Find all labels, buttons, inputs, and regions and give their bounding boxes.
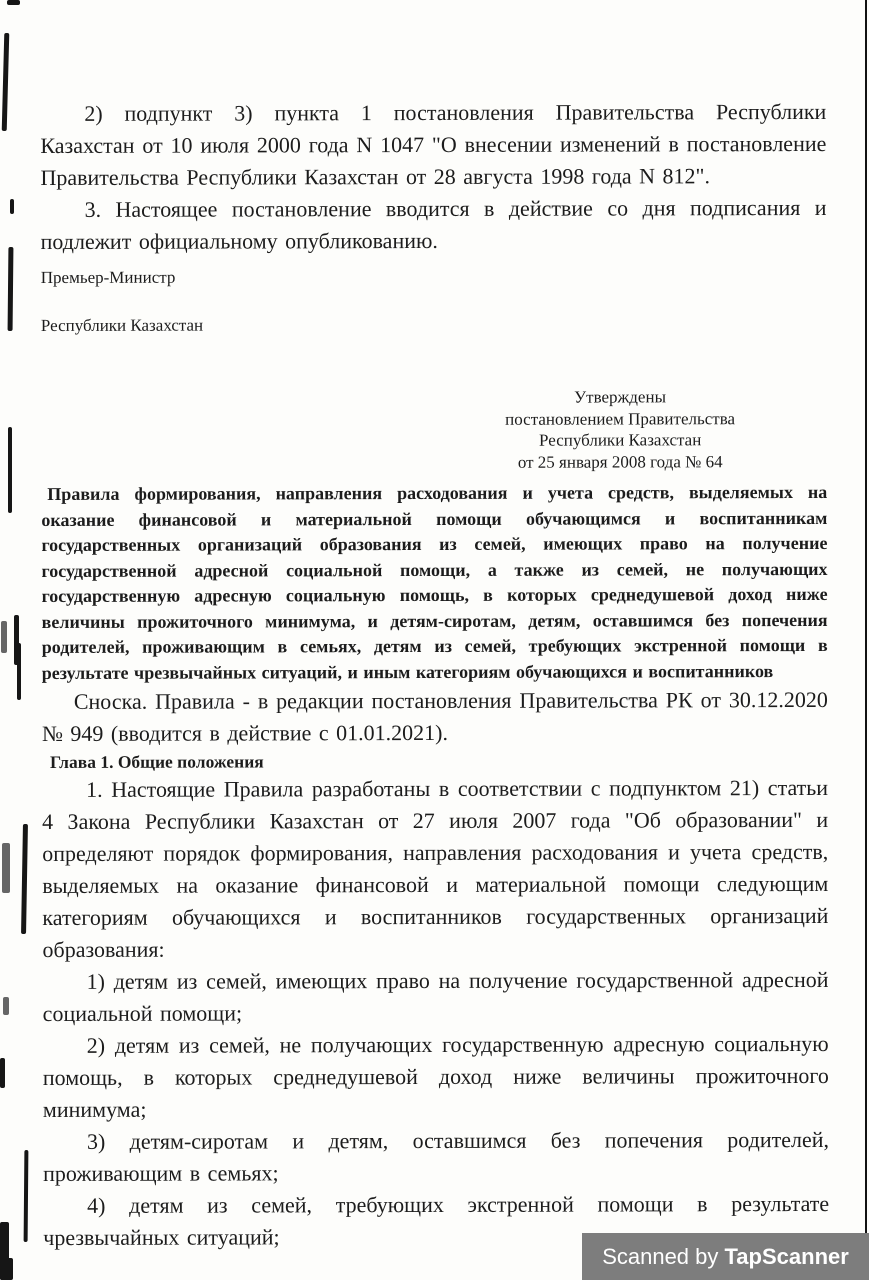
clause-1: 1. Настоящие Правила разработаны в соотв… xyxy=(42,772,829,966)
paragraph-amendment-item: 2) подпункт 3) пункта 1 постановления Пр… xyxy=(40,96,826,194)
signature-country: Республики Казахстан xyxy=(41,313,827,336)
scan-artifact xyxy=(24,1150,29,1242)
scan-artifact xyxy=(3,997,9,1015)
scan-artifact xyxy=(0,1058,5,1088)
scan-artifact xyxy=(7,0,20,5)
scan-artifact xyxy=(2,843,10,893)
scan-artifact xyxy=(10,199,14,214)
scan-artifact xyxy=(21,824,28,934)
subclause-2: 2) детям из семей, не получающих государ… xyxy=(43,1028,829,1126)
approval-line-by-resolution: постановлением Правительства xyxy=(465,408,775,430)
signature-position: Премьер-Министр xyxy=(41,265,827,288)
scan-artifact xyxy=(8,247,14,331)
rules-title: Правила формирования, направления расход… xyxy=(41,480,828,686)
subclause-1: 1) детям из семей, имеющих право на полу… xyxy=(43,964,829,1030)
tapscanner-badge-prefix: Scanned by xyxy=(602,1244,724,1270)
scan-artifact xyxy=(2,33,10,131)
approval-line-republic: Республики Казахстан xyxy=(465,429,775,451)
scan-edge-line xyxy=(865,0,867,1236)
approval-line-date-number: от 25 января 2008 года № 64 xyxy=(465,451,775,473)
tapscanner-badge-brand: TapScanner xyxy=(725,1244,849,1270)
scan-artifact xyxy=(17,643,21,700)
document-text-column: 2) подпункт 3) пункта 1 постановления Пр… xyxy=(40,0,829,1254)
scan-artifact xyxy=(8,427,12,513)
approval-block: Утверждены постановлением Правительства … xyxy=(465,386,775,473)
footnote-paragraph: Сноска. Правила - в редакции постановлен… xyxy=(42,684,828,750)
paragraph-entry-into-force: 3. Настоящее постановление вводится в де… xyxy=(41,192,827,258)
subclause-3: 3) детям-сиротам и детям, оставшимся без… xyxy=(43,1124,829,1190)
scan-artifact xyxy=(0,1258,13,1280)
tapscanner-badge: Scanned by TapScanner xyxy=(582,1233,869,1280)
approval-line-approved: Утверждены xyxy=(465,386,775,408)
chapter-heading: Глава 1. Общие положения xyxy=(42,748,828,774)
scan-artifact xyxy=(1,621,7,653)
scanned-document-page: 2) подпункт 3) пункта 1 постановления Пр… xyxy=(0,0,869,1280)
